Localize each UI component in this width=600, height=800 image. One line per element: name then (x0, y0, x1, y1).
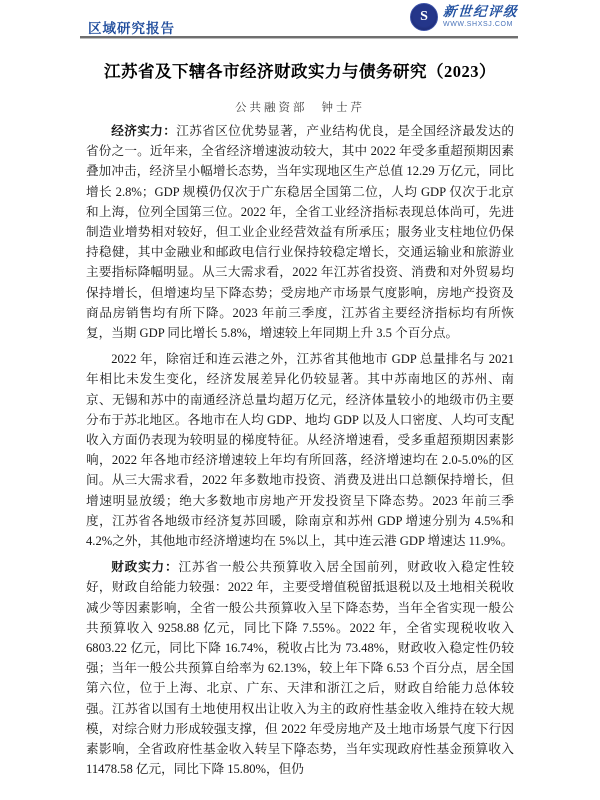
paragraph-text: 2022 年，除宿迁和连云港之外，江苏省其他地市 GDP 总量排名与 2021 … (86, 352, 514, 548)
byline: 公共融资部钟士芹 (0, 99, 600, 115)
brand-url: WWW.SHXSJ.COM (443, 21, 518, 28)
brand-logo: S 新世纪评级 WWW.SHXSJ.COM (410, 3, 518, 31)
paragraph-text: 江苏省一般公共预算收入居全国前列，财政收入稳定性较好，财政自给能力较强：2022… (86, 560, 514, 776)
paragraph-lead: 财政实力： (111, 560, 178, 574)
page-number: 1 (0, 749, 600, 760)
brand-text: 新世纪评级 WWW.SHXSJ.COM (443, 5, 518, 29)
page-title: 江苏省及下辖各市经济财政实力与债务研究（2023） (20, 58, 580, 82)
brand-emblem-icon: S (410, 3, 438, 31)
paragraph-fiscal-strength: 财政实力：江苏省一般公共预算收入居全国前列，财政收入稳定性较好，财政自给能力较强… (86, 557, 514, 779)
report-page: 区域研究报告 S 新世纪评级 WWW.SHXSJ.COM 江苏省及下辖各市经济财… (0, 0, 600, 800)
header-divider (80, 36, 518, 38)
byline-department: 公共融资部 (235, 102, 308, 114)
paragraph-lead: 经济实力： (111, 124, 176, 138)
brand-name: 新世纪评级 (443, 5, 519, 19)
document-body: 经济实力：江苏省区位优势显著，产业结构优良，是全国经济最发达的省份之一。近年来，… (86, 121, 514, 786)
paragraph-city-gdp: 2022 年，除宿迁和连云港之外，江苏省其他地市 GDP 总量排名与 2021 … (86, 349, 514, 551)
report-type-label: 区域研究报告 (88, 17, 175, 37)
paragraph-economic-strength: 经济实力：江苏省区位优势显著，产业结构优良，是全国经济最发达的省份之一。近年来，… (86, 121, 514, 343)
paragraph-text: 江苏省区位优势显著，产业结构优良，是全国经济最发达的省份之一。近年来，全省经济增… (86, 124, 514, 340)
byline-author: 钟士芹 (322, 102, 366, 114)
